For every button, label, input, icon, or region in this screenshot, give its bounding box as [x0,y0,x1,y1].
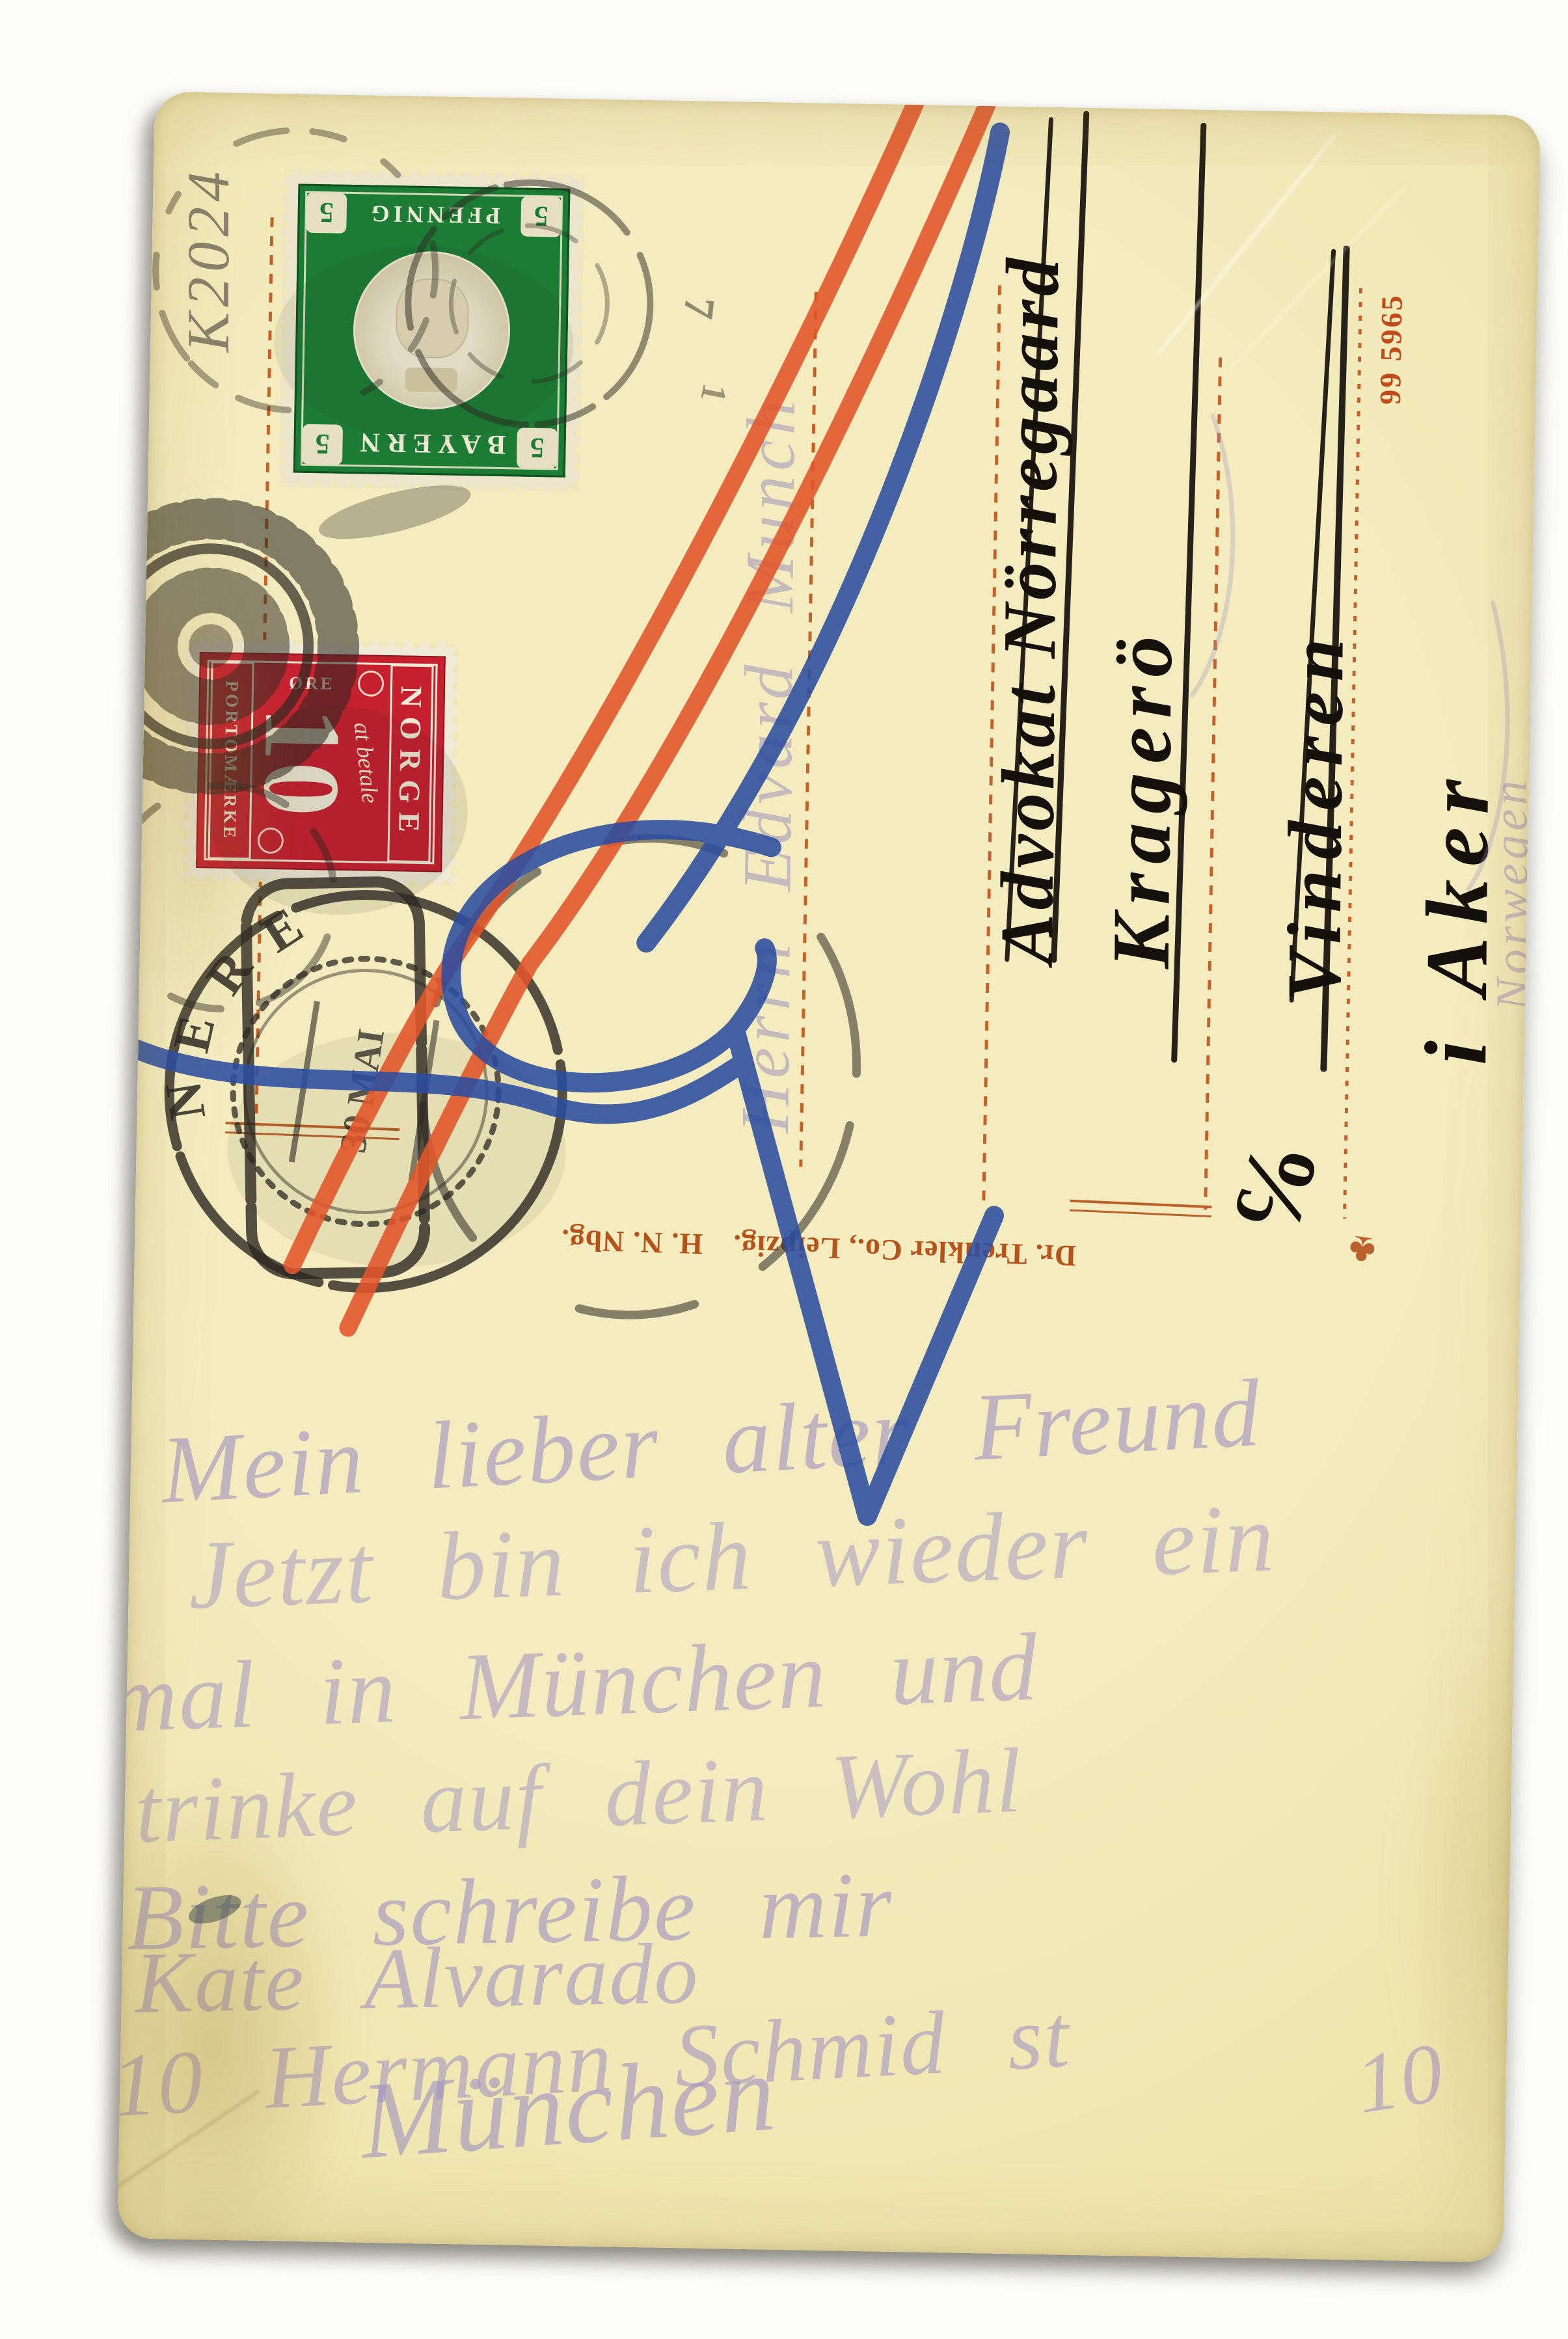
orange-crayon-stroke [348,92,995,1339]
blue-crayon-stroke [450,826,772,1086]
scan-background: { "card": { "paper_color": "#f1e8b6", "p… [0,0,1568,2339]
postcard-back: Dr. Trenkler Co., Leipzig.H. N. Nbg. ♣ 9… [117,92,1540,2263]
orange-crayon-stroke [293,92,926,1276]
blue-crayon-stroke [727,1032,997,1518]
